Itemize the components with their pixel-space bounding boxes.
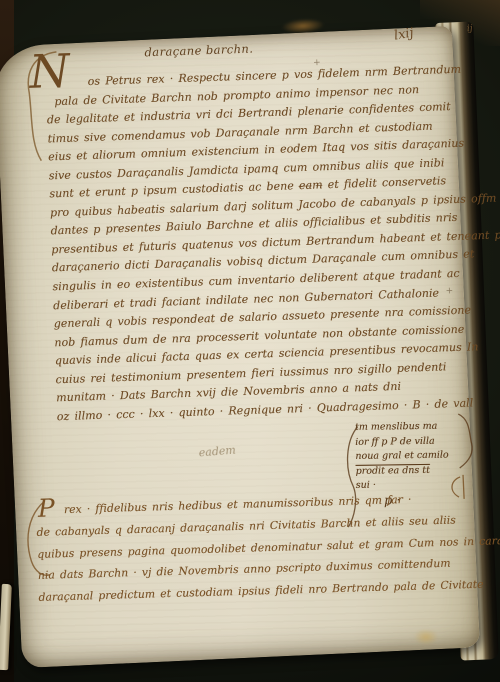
rubric-heading: daraçane barchn. xyxy=(144,42,253,60)
edge-folio-mark: ij xyxy=(467,24,474,34)
large-initial-n: N xyxy=(29,48,71,95)
yellow-stain xyxy=(414,629,438,645)
manuscript-photo: daraçane barchn. lxij + + N os Petrus re… xyxy=(0,0,500,682)
bottom-text-block: P rex · ffidelibus nris hedibus et manum… xyxy=(36,487,471,609)
margin-note-line: prodit ea dns tt xyxy=(355,463,475,479)
margin-note-line: noua gral et camilo xyxy=(355,448,475,464)
large-initial-p: P xyxy=(37,495,55,520)
ink-smudge-stain xyxy=(282,18,325,35)
manuscript-page: daraçane barchn. lxij + + N os Petrus re… xyxy=(0,26,480,668)
faint-center-word: eadem xyxy=(198,444,236,460)
margin-note-line: ior ff p P de villa xyxy=(355,434,475,450)
folio-number: lxij xyxy=(393,26,415,44)
main-text-block: N os Petrus rex · Respectu sincere p vos… xyxy=(45,61,456,426)
